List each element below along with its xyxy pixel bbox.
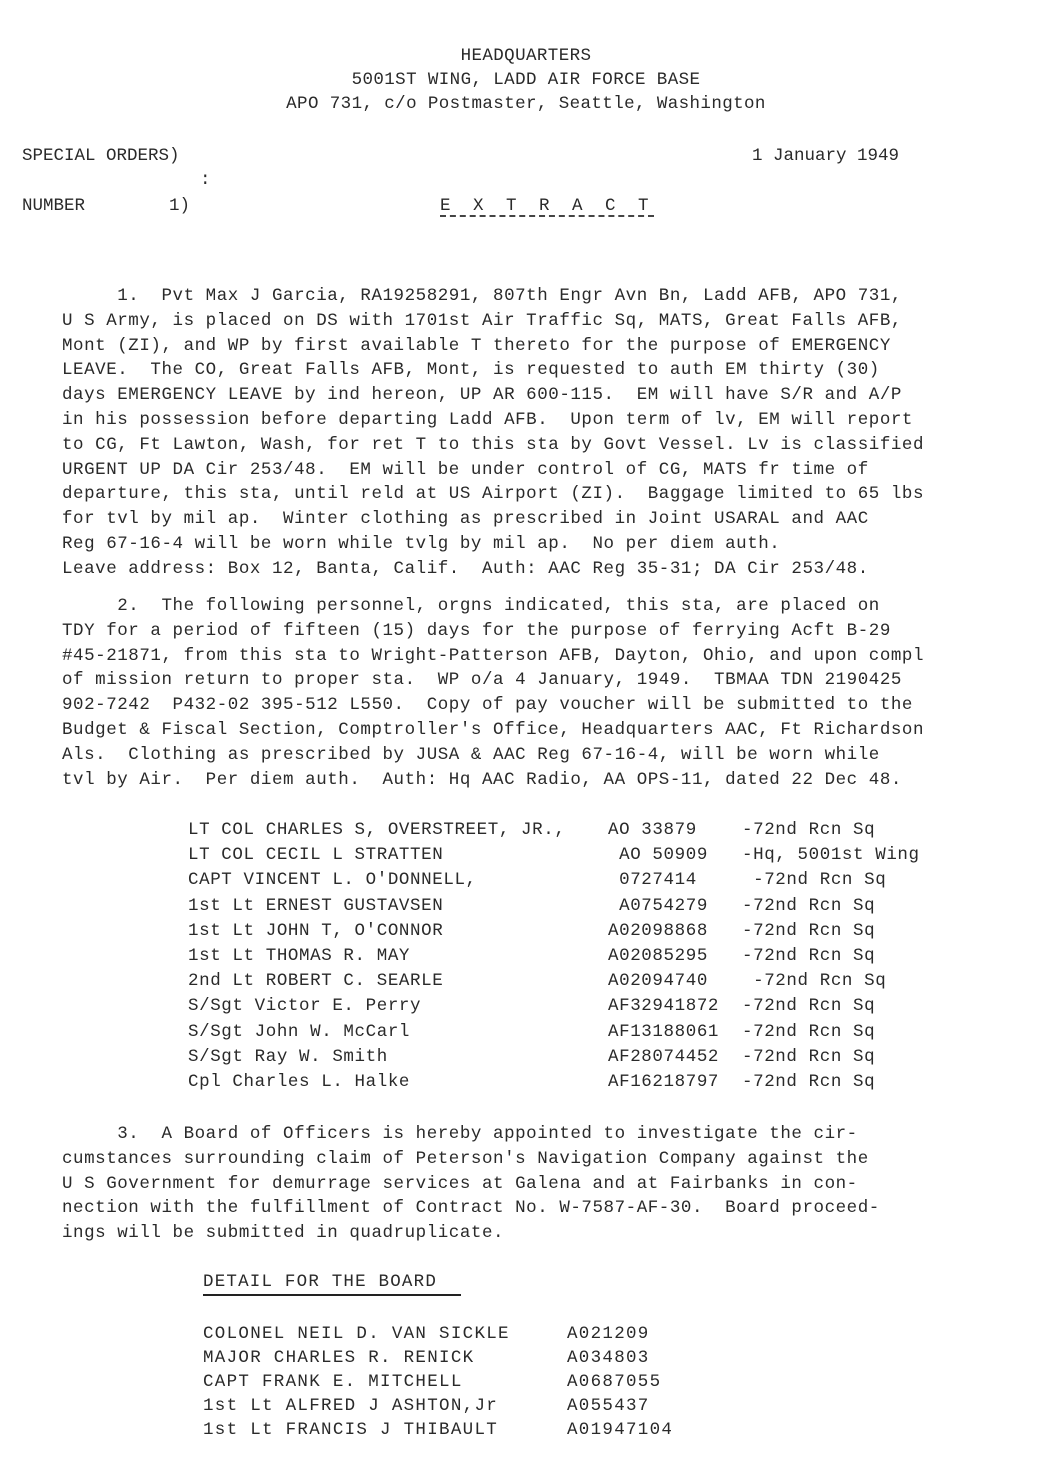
text-line: U S Government for demurrage services at… [62, 1172, 1047, 1197]
personnel-unit: -72nd Rcn Sq [742, 894, 875, 919]
personnel-name: LT COL CHARLES S, OVERSTREET, JR., [188, 818, 565, 843]
personnel-unit: -72nd Rcn Sq [742, 1020, 875, 1045]
text-line: for tvl by mil ap. Winter clothing as pr… [62, 507, 1047, 532]
text-line: Reg 67-16-4 will be worn while tvlg by m… [62, 532, 1047, 557]
personnel-name: CAPT VINCENT L. O'DONNELL, [188, 868, 477, 893]
personnel-name: S/Sgt Victor E. Perry [188, 994, 421, 1019]
personnel-unit: -72nd Rcn Sq [742, 1070, 875, 1095]
personnel-serial: A02094740 [608, 969, 708, 994]
text-line: TDY for a period of fifteen (15) days fo… [62, 619, 1047, 644]
personnel-serial: A02098868 [608, 919, 708, 944]
orders-date: 1 January 1949 [752, 146, 899, 166]
personnel-unit: -Hq, 5001st Wing [742, 843, 920, 868]
personnel-unit: -72nd Rcn Sq [742, 994, 875, 1019]
board-member-row: 1st Lt FRANCIS J THIBAULTA01947104 [203, 1418, 510, 1442]
header-unit: 5001ST WING, LADD AIR FORCE BASE [0, 68, 1052, 92]
text-line: URGENT UP DA Cir 253/48. EM will be unde… [62, 458, 1047, 483]
board-member-serial: A021209 [567, 1322, 650, 1346]
personnel-unit: -72nd Rcn Sq [742, 868, 886, 893]
text-line: 1. Pvt Max J Garcia, RA19258291, 807th E… [62, 284, 1047, 309]
text-line: to CG, Ft Lawton, Wash, for ret T to thi… [62, 433, 1047, 458]
board-member-serial: A0687055 [567, 1370, 661, 1394]
personnel-name: LT COL CECIL L STRATTEN [188, 843, 443, 868]
personnel-name: 1st Lt THOMAS R. MAY [188, 944, 410, 969]
text-line: #45-21871, from this sta to Wright-Patte… [62, 644, 1047, 669]
header-title: HEADQUARTERS [0, 44, 1052, 68]
text-line: of mission return to proper sta. WP o/a … [62, 668, 1047, 693]
text-line: 3. A Board of Officers is hereby appoint… [62, 1122, 1047, 1147]
personnel-serial: A02085295 [608, 944, 708, 969]
board-member-serial: A055437 [567, 1394, 650, 1418]
board-member-row: COLONEL NEIL D. VAN SICKLEA021209 [203, 1322, 510, 1346]
personnel-unit: -72nd Rcn Sq [742, 969, 886, 994]
text-line: Als. Clothing as prescribed by JUSA & AA… [62, 743, 1047, 768]
board-member-name: MAJOR CHARLES R. RENICK [203, 1348, 474, 1368]
text-line: cumstances surrounding claim of Peterson… [62, 1147, 1047, 1172]
special-orders-label: SPECIAL ORDERS) [22, 146, 180, 166]
paragraph-2: 2. The following personnel, orgns indica… [62, 594, 1047, 792]
personnel-unit: -72nd Rcn Sq [742, 919, 875, 944]
text-line: ings will be submitted in quadruplicate. [62, 1221, 1047, 1246]
paragraph-1: 1. Pvt Max J Garcia, RA19258291, 807th E… [62, 284, 1047, 582]
personnel-serial: AF13188061 [608, 1020, 719, 1045]
text-line: in his possession before departing Ladd … [62, 408, 1047, 433]
text-line: days EMERGENCY LEAVE by ind hereon, UP A… [62, 383, 1047, 408]
orders-number: NUMBER 1) [22, 196, 190, 216]
personnel-serial: AF28074452 [608, 1045, 719, 1070]
board-member-name: 1st Lt ALFRED J ASHTON,Jr [203, 1396, 498, 1416]
board-member-serial: A01947104 [567, 1418, 673, 1442]
text-line: tvl by Air. Per diem auth. Auth: Hq AAC … [62, 768, 1047, 793]
board-member-row: CAPT FRANK E. MITCHELLA0687055 [203, 1370, 510, 1394]
extract-title: E X T R A C T [440, 196, 655, 216]
text-line: Leave address: Box 12, Banta, Calif. Aut… [62, 557, 1047, 582]
personnel-serial: AO 50909 [608, 843, 708, 868]
board-detail-heading: DETAIL FOR THE BOARD [203, 1272, 461, 1296]
text-line: departure, this sta, until reld at US Ai… [62, 482, 1047, 507]
board-member-name: 1st Lt FRANCIS J THIBAULT [203, 1420, 498, 1440]
text-line: 2. The following personnel, orgns indica… [62, 594, 1047, 619]
personnel-name: 1st Lt JOHN T, O'CONNOR [188, 919, 443, 944]
text-line: Budget & Fiscal Section, Comptroller's O… [62, 718, 1047, 743]
orders-colon: : [200, 170, 211, 190]
board-member-serial: A034803 [567, 1346, 650, 1370]
paragraph-3: 3. A Board of Officers is hereby appoint… [62, 1122, 1047, 1246]
personnel-serial: AF32941872 [608, 994, 719, 1019]
personnel-name: 2nd Lt ROBERT C. SEARLE [188, 969, 443, 994]
personnel-serial: A0754279 [608, 894, 708, 919]
personnel-serial: AO 33879 [608, 818, 697, 843]
board-member-name: CAPT FRANK E. MITCHELL [203, 1372, 463, 1392]
header-address: APO 731, c/o Postmaster, Seattle, Washin… [0, 92, 1052, 116]
personnel-unit: -72nd Rcn Sq [742, 944, 875, 969]
personnel-name: S/Sgt John W. McCarl [188, 1020, 410, 1045]
text-line: U S Army, is placed on DS with 1701st Ai… [62, 309, 1047, 334]
personnel-serial: AF16218797 [608, 1070, 719, 1095]
personnel-name: Cpl Charles L. Halke [188, 1070, 410, 1095]
text-line: Mont (ZI), and WP by first available T t… [62, 334, 1047, 359]
board-member-row: MAJOR CHARLES R. RENICKA034803 [203, 1346, 510, 1370]
personnel-unit: -72nd Rcn Sq [742, 818, 875, 843]
board-member-name: COLONEL NEIL D. VAN SICKLE [203, 1324, 510, 1344]
document-page: HEADQUARTERS 5001ST WING, LADD AIR FORCE… [0, 0, 1052, 1483]
personnel-unit: -72nd Rcn Sq [742, 1045, 875, 1070]
board-roster: COLONEL NEIL D. VAN SICKLEA021209MAJOR C… [203, 1322, 510, 1442]
board-member-row: 1st Lt ALFRED J ASHTON,JrA055437 [203, 1394, 510, 1418]
text-line: LEAVE. The CO, Great Falls AFB, Mont, is… [62, 358, 1047, 383]
text-line: 902-7242 P432-02 395-512 L550. Copy of p… [62, 693, 1047, 718]
personnel-name: S/Sgt Ray W. Smith [188, 1045, 388, 1070]
personnel-name: 1st Lt ERNEST GUSTAVSEN [188, 894, 443, 919]
personnel-serial: 0727414 [608, 868, 697, 893]
text-line: nection with the fulfillment of Contract… [62, 1196, 1047, 1221]
